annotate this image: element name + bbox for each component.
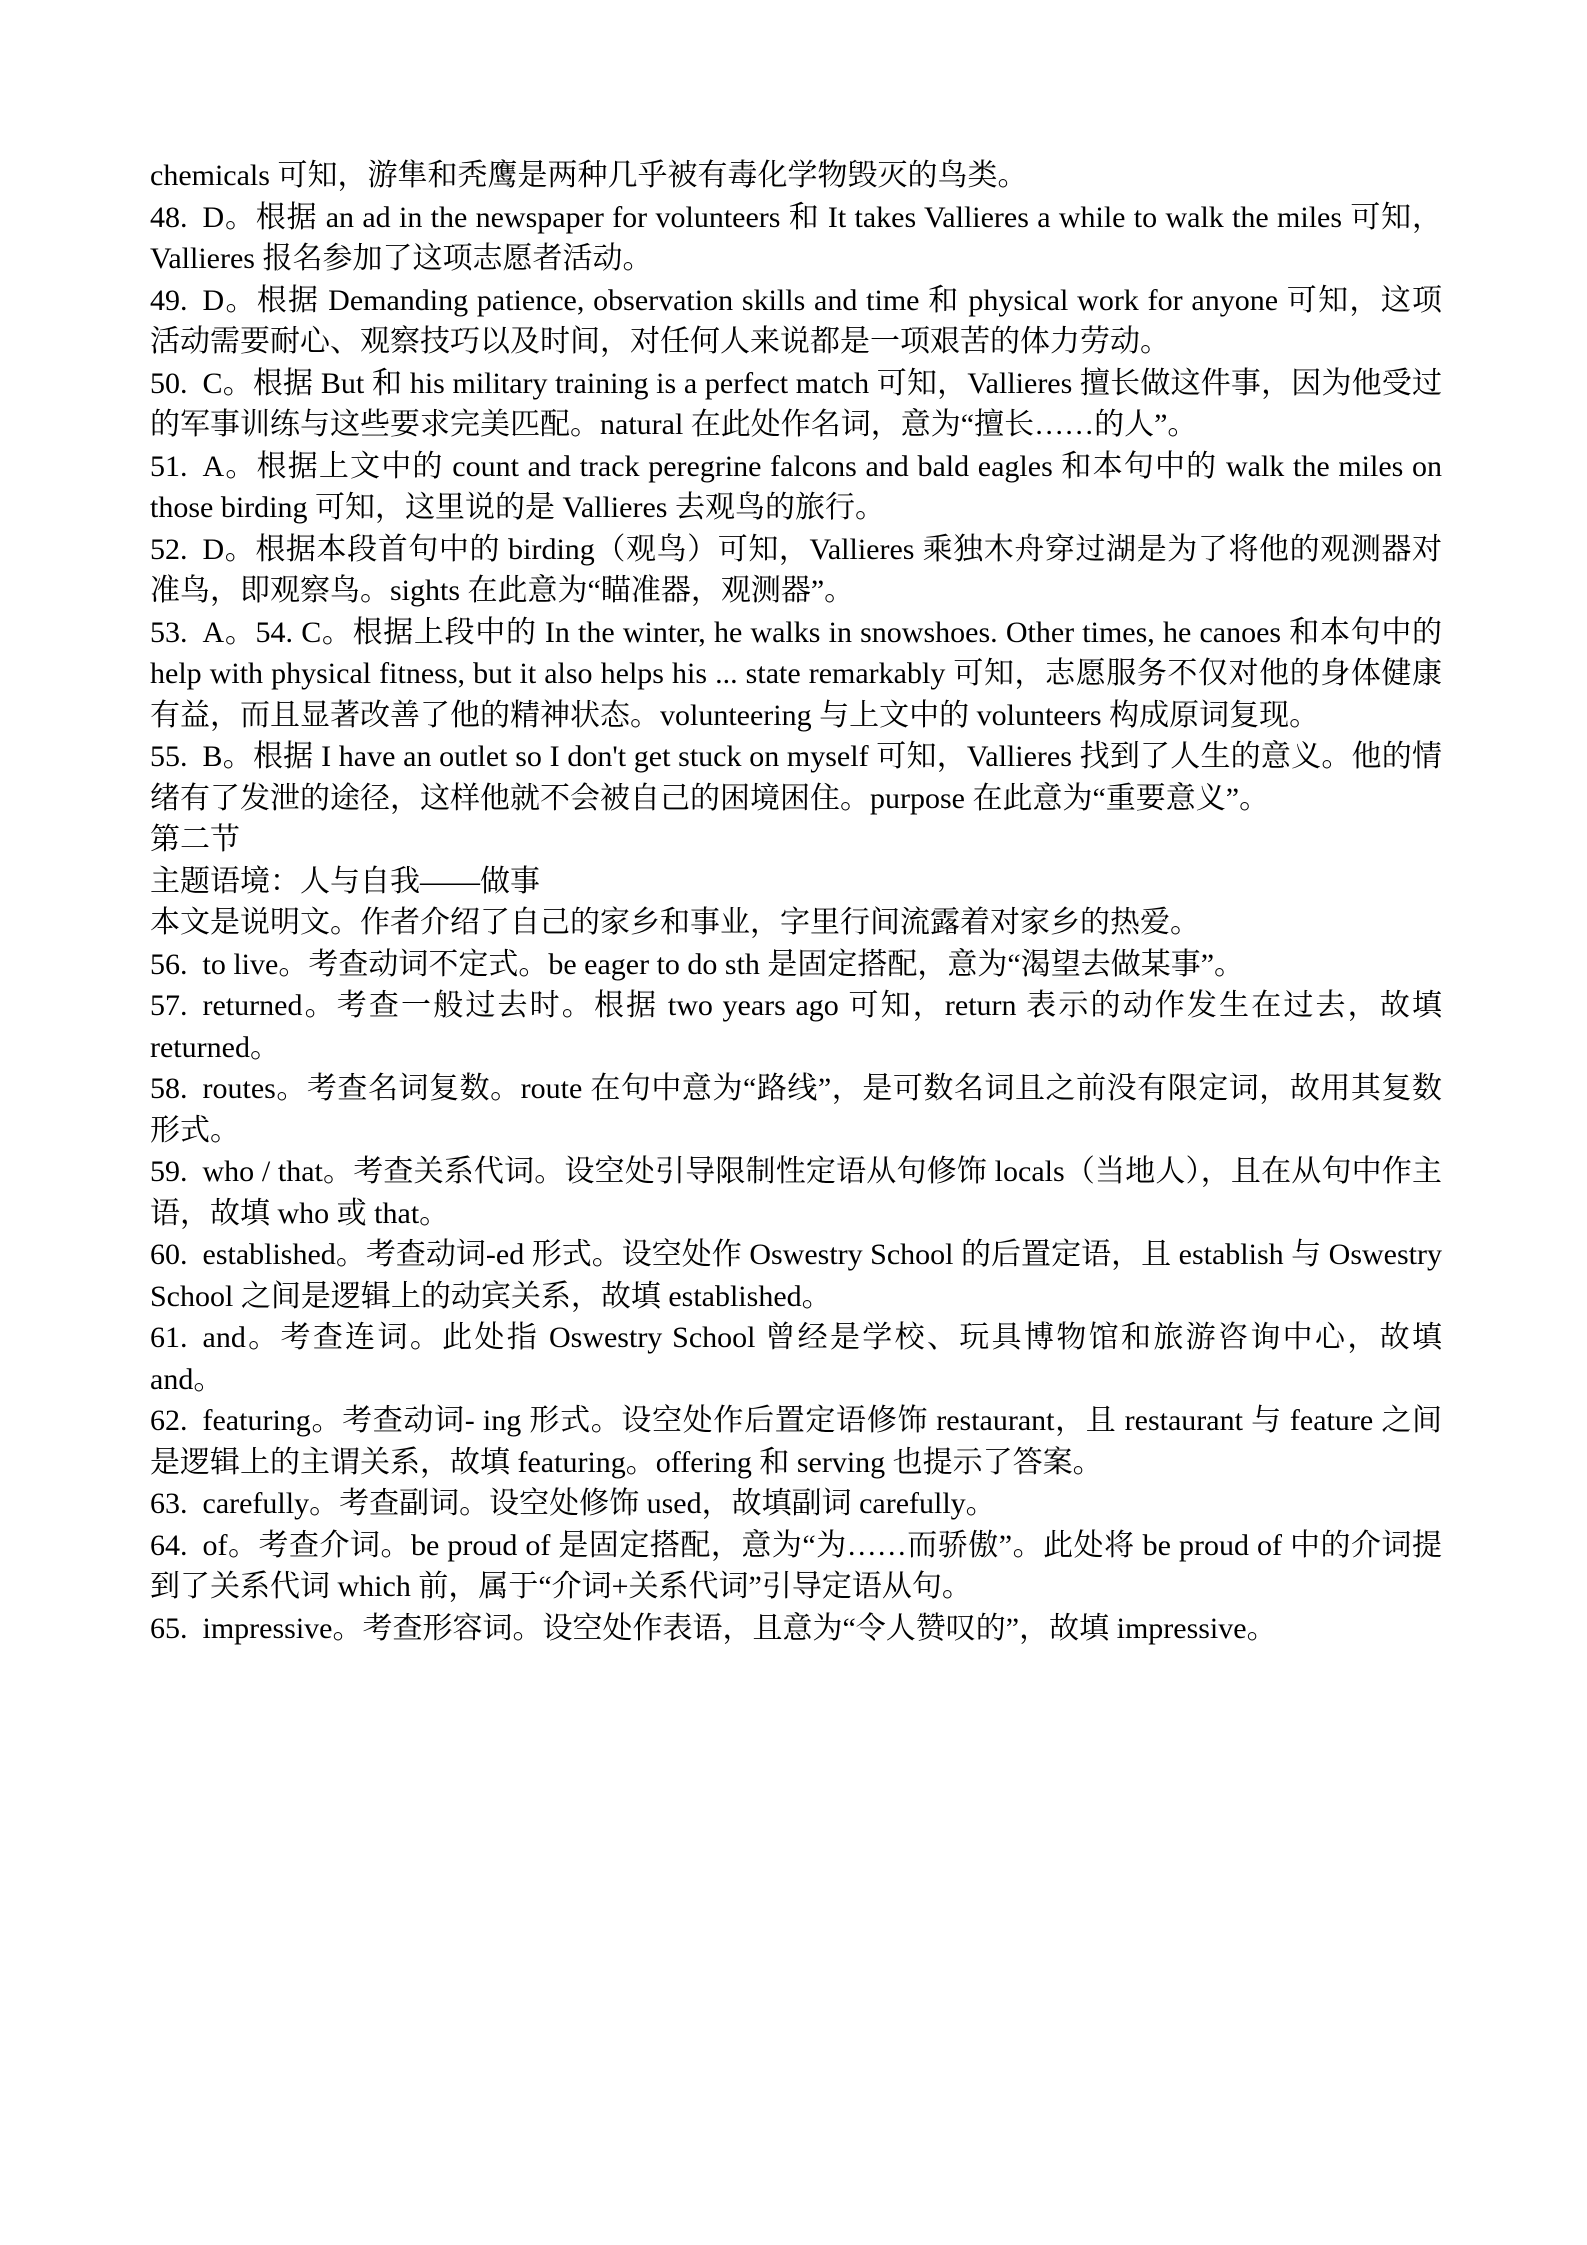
passage-summary-line: 本文是说明文。作者介绍了自己的家乡和事业，字里行间流露着对家乡的热爱。 [150,902,1442,944]
answer-item-53-54: 53. A。54. C。根据上段中的 In the winter, he wal… [150,612,1442,737]
answer-continuation-chemicals: chemicals 可知，游隼和秃鹰是两种几乎被有毒化学物毁灭的鸟类。 [150,155,1442,197]
answer-item-49: 49. D。根据 Demanding patience, observation… [150,280,1442,363]
answer-item-52: 52. D。根据本段首句中的 birding（观鸟）可知，Vallieres 乘… [150,529,1442,612]
answer-item-63: 63. carefully。考查副词。设空处修饰 used，故填副词 caref… [150,1483,1442,1525]
answer-item-59: 59. who / that。考查关系代词。设空处引导限制性定语从句修饰 loc… [150,1151,1442,1234]
answer-item-55: 55. B。根据 I have an outlet so I don't get… [150,736,1442,819]
answer-item-56: 56. to live。考查动词不定式。be eager to do sth 是… [150,944,1442,986]
answer-key-content: chemicals 可知，游隼和秃鹰是两种几乎被有毒化学物毁灭的鸟类。 48. … [150,155,1442,1649]
answer-item-58: 58. routes。考查名词复数。route 在句中意为“路线”，是可数名词且… [150,1068,1442,1151]
section-heading: 第二节 [150,819,1442,861]
answer-item-48: 48. D。根据 an ad in the newspaper for volu… [150,197,1442,280]
document-page: chemicals 可知，游隼和秃鹰是两种几乎被有毒化学物毁灭的鸟类。 48. … [0,0,1587,2245]
answer-item-64: 64. of。考查介词。be proud of 是固定搭配，意为“为……而骄傲”… [150,1525,1442,1608]
answer-item-51: 51. A。根据上文中的 count and track peregrine f… [150,446,1442,529]
answer-item-62: 62. featuring。考查动词- ing 形式。设空处作后置定语修饰 re… [150,1400,1442,1483]
answer-item-65: 65. impressive。考查形容词。设空处作表语，且意为“令人赞叹的”，故… [150,1608,1442,1650]
answer-item-50: 50. C。根据 But 和 his military training is … [150,363,1442,446]
answer-item-61: 61. and。考查连词。此处指 Oswestry School 曾经是学校、玩… [150,1317,1442,1400]
answer-item-60: 60. established。考查动词-ed 形式。设空处作 Oswestry… [150,1234,1442,1317]
answer-item-57: 57. returned。考查一般过去时。根据 two years ago 可知… [150,985,1442,1068]
theme-context-line: 主题语境：人与自我——做事 [150,861,1442,903]
